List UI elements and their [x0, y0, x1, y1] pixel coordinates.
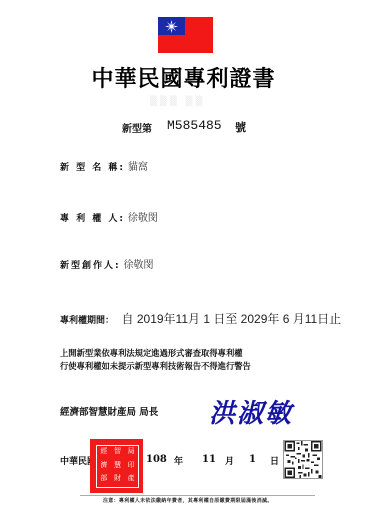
footer-note: 注意：專利權人未依法繳納年費者，其專利權自原繳費期限屆滿後消滅。: [103, 497, 273, 504]
seal-char: 經: [97, 446, 111, 460]
field-patentee: 專 利 權 人: 徐敬閔: [60, 209, 158, 224]
official-title: 經濟部智慧財產局 局長: [60, 404, 158, 418]
field-label: 新型創作人:: [60, 261, 121, 271]
certificate-type-label: 新型第: [122, 120, 152, 135]
notice-line-1: 上開新型業依專利法規定進過形式審查取得專利權: [60, 347, 251, 360]
seal-char: 財: [111, 473, 125, 487]
certificate-number-suffix: 號: [235, 119, 246, 135]
field-utility-model-name: 新 型 名 稱: 貓窩: [60, 158, 148, 173]
qr-code[interactable]: [283, 440, 323, 479]
field-value: 徐敬閔: [123, 260, 153, 271]
issue-day: 1: [249, 454, 256, 465]
notice-text: 上開新型業依專利法規定進過形式審查取得專利權 行使專利權如未提示新型專利技術報告…: [60, 347, 251, 373]
official-seal: 經 智 局 濟 慧 印 部 財 產: [90, 439, 143, 493]
certificate-title: 中華民國專利證書: [0, 62, 367, 93]
certificate-number: M585485: [167, 118, 222, 133]
seal-char: 部: [97, 473, 111, 487]
field-value: 貓窩: [128, 162, 148, 173]
footer-divider: [80, 495, 315, 496]
qr-code-icon: [284, 441, 322, 478]
director-signature: 洪淑敏: [209, 393, 293, 430]
white-sun-icon: [165, 20, 178, 33]
notice-line-2: 行使專利權如未提示新型專利技術報告不得進行警告: [60, 360, 251, 373]
patent-period: 專利權期間： 自 2019年11月 1 日至 2029年 6 月11日止: [60, 310, 341, 327]
period-label: 專利權期間：: [60, 316, 114, 326]
period-value: 自 2019年11月 1 日至 2029年 6 月11日止: [122, 312, 342, 326]
seal-char: 印: [124, 460, 138, 474]
roc-flag: [158, 17, 213, 53]
day-unit: 日: [270, 454, 279, 467]
field-label: 新 型 名 稱:: [60, 163, 125, 173]
flag-canton: [158, 17, 185, 35]
seal-char: 智: [111, 446, 125, 460]
issue-month: 11: [202, 454, 216, 465]
field-creator: 新型創作人: 徐敬閔: [60, 256, 153, 271]
issue-year: 108: [146, 454, 167, 465]
year-unit: 年: [174, 454, 183, 467]
seal-char: 濟: [97, 460, 111, 474]
seal-inscription: 經 智 局 濟 慧 印 部 財 產: [96, 445, 139, 488]
seal-char: 局: [124, 446, 138, 460]
field-label: 專 利 權 人:: [60, 214, 125, 224]
faded-watermark: ▒▒▒ ▒▒: [150, 97, 220, 109]
seal-char: 產: [124, 473, 138, 487]
field-value: 徐敬閔: [128, 213, 158, 224]
month-unit: 月: [225, 454, 234, 467]
seal-char: 慧: [111, 460, 125, 474]
